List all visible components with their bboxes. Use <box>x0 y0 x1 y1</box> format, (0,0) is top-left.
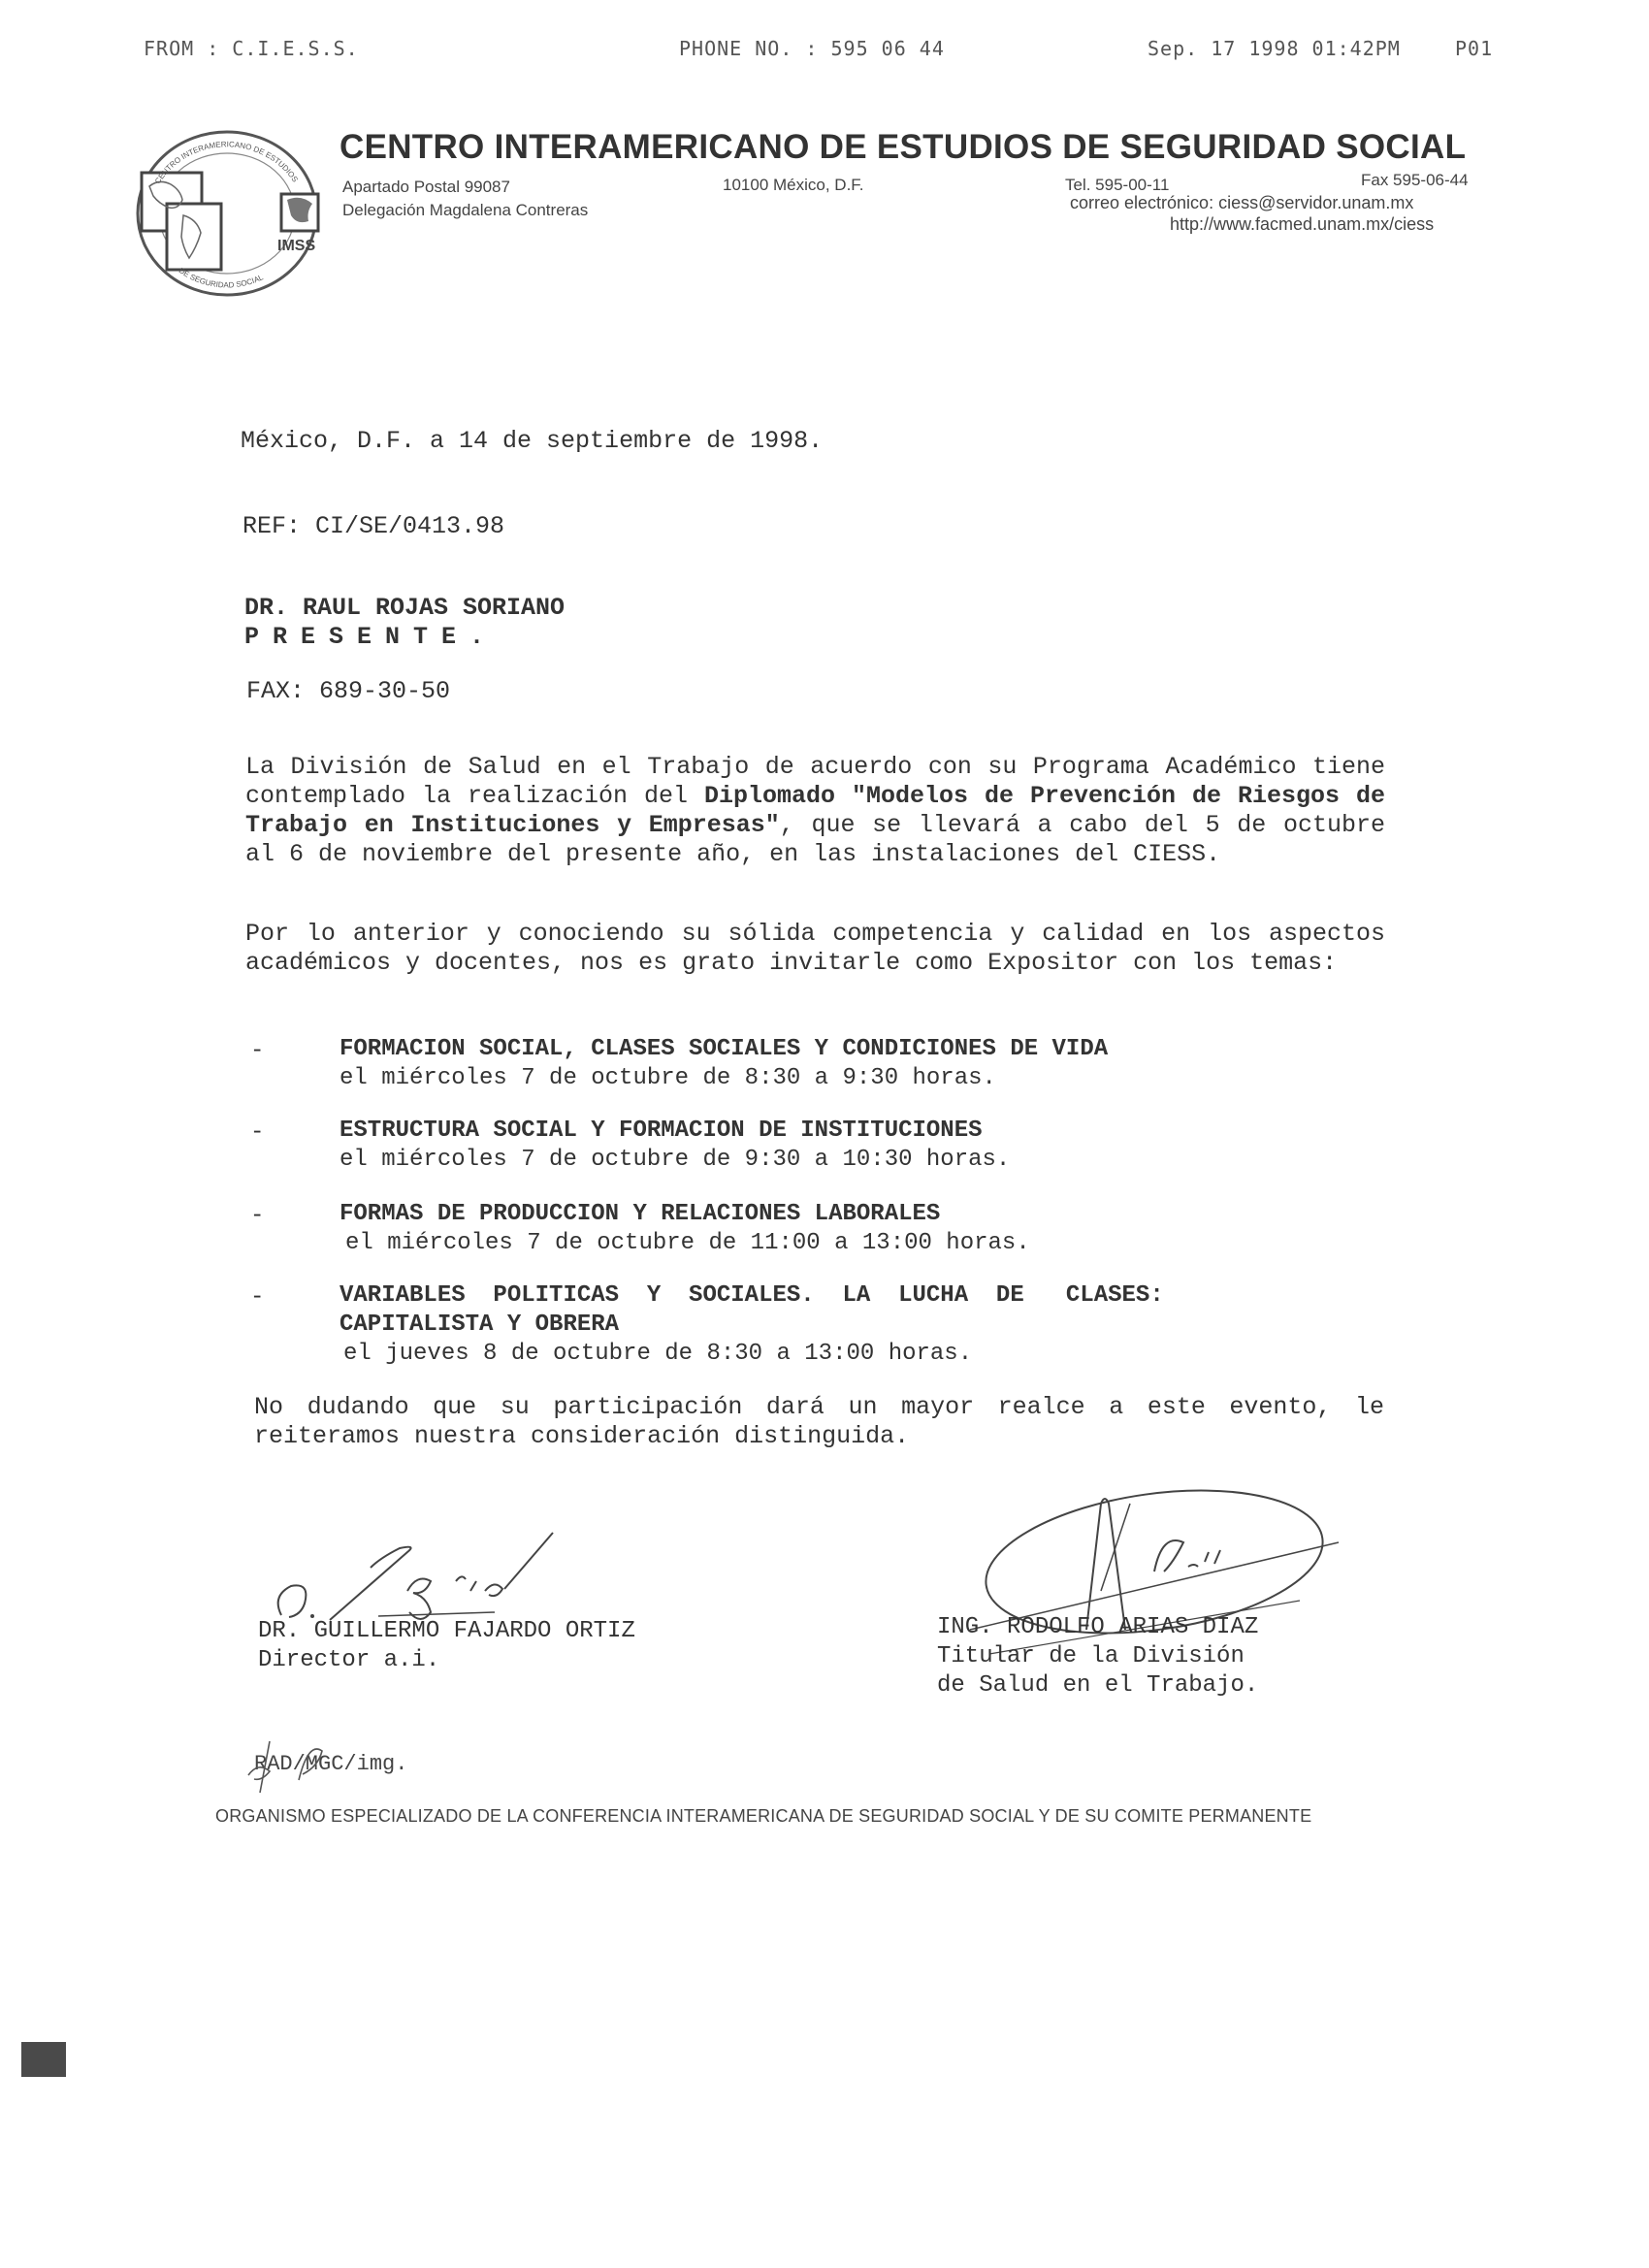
reference: REF: CI/SE/0413.98 <box>242 512 504 540</box>
bullet-dash: - <box>250 1203 264 1229</box>
signer-right-name: ING. RODOLFO ARIAS DIAZ <box>937 1614 1258 1640</box>
recipient-fax: FAX: 689-30-50 <box>246 677 450 705</box>
bullet-dash: - <box>250 1119 264 1146</box>
delegation: Delegación Magdalena Contreras <box>342 201 588 220</box>
organization-name: CENTRO INTERAMERICANO DE ESTUDIOS DE SEG… <box>339 128 1466 167</box>
bullet-dash: - <box>250 1284 264 1311</box>
svg-text:IMSS: IMSS <box>277 238 315 254</box>
fax-phone: PHONE NO. : 595 06 44 <box>679 37 945 60</box>
topic-title: FORMAS DE PRODUCCION Y RELACIONES LABORA… <box>339 1201 940 1227</box>
signer-right-title-1: Titular de la División <box>937 1643 1245 1669</box>
fax-datetime: Sep. 17 1998 01:42PM <box>1148 37 1401 60</box>
topic-schedule: el miércoles 7 de octubre de 9:30 a 10:3… <box>339 1147 1010 1173</box>
paragraph-intro: La División de Salud en el Trabajo de ac… <box>245 753 1385 869</box>
topic-schedule: el miércoles 7 de octubre de 11:00 a 13:… <box>345 1230 1030 1256</box>
fax-page: P01 <box>1455 37 1493 60</box>
topic-title: FORMACION SOCIAL, CLASES SOCIALES Y COND… <box>339 1036 1108 1062</box>
signer-right-title-2: de Salud en el Trabajo. <box>937 1672 1258 1699</box>
fax-header: FROM : C.I.E.S.S. PHONE NO. : 595 06 44 … <box>0 37 1649 76</box>
signature-left-icon <box>262 1523 630 1630</box>
website: http://www.facmed.unam.mx/ciess <box>1170 214 1434 235</box>
paragraph-invitation: Por lo anterior y conociendo su sólida c… <box>245 920 1385 978</box>
scan-mark <box>21 2042 66 2077</box>
initials-scribble-icon <box>241 1736 357 1795</box>
topic-title: VARIABLES POLITICAS Y SOCIALES. LA LUCHA… <box>339 1282 1164 1309</box>
city: 10100 México, D.F. <box>723 176 864 195</box>
signer-left-title: Director a.i. <box>258 1647 439 1673</box>
paragraph-closing: No dudando que su participación dará un … <box>254 1393 1384 1451</box>
topic-schedule: el miércoles 7 de octubre de 8:30 a 9:30… <box>339 1065 996 1091</box>
telephone: Tel. 595-00-11 <box>1065 176 1169 195</box>
po-box: Apartado Postal 99087 <box>342 178 510 197</box>
fax-number: Fax 595-06-44 <box>1361 171 1469 190</box>
email-address: correo electrónico: ciess@servidor.unam.… <box>1070 193 1413 213</box>
bullet-dash: - <box>250 1038 264 1064</box>
signer-left-name: DR. GUILLERMO FAJARDO ORTIZ <box>258 1618 635 1644</box>
ciess-logo-icon: IMSS CENTRO INTERAMERICANO DE ESTUDIOS D… <box>130 126 343 301</box>
topic-title-continued: CAPITALISTA Y OBRERA <box>339 1312 619 1338</box>
place-date: México, D.F. a 14 de septiembre de 1998. <box>241 427 823 455</box>
fax-from: FROM : C.I.E.S.S. <box>144 37 359 60</box>
topic-title: ESTRUCTURA SOCIAL Y FORMACION DE INSTITU… <box>339 1118 983 1144</box>
recipient-name: DR. RAUL ROJAS SORIANO <box>244 594 565 622</box>
topic-schedule: el jueves 8 de octubre de 8:30 a 13:00 h… <box>343 1341 972 1367</box>
organization-footer: ORGANISMO ESPECIALIZADO DE LA CONFERENCI… <box>215 1806 1311 1827</box>
recipient-presente: PRESENTE. <box>244 623 498 651</box>
